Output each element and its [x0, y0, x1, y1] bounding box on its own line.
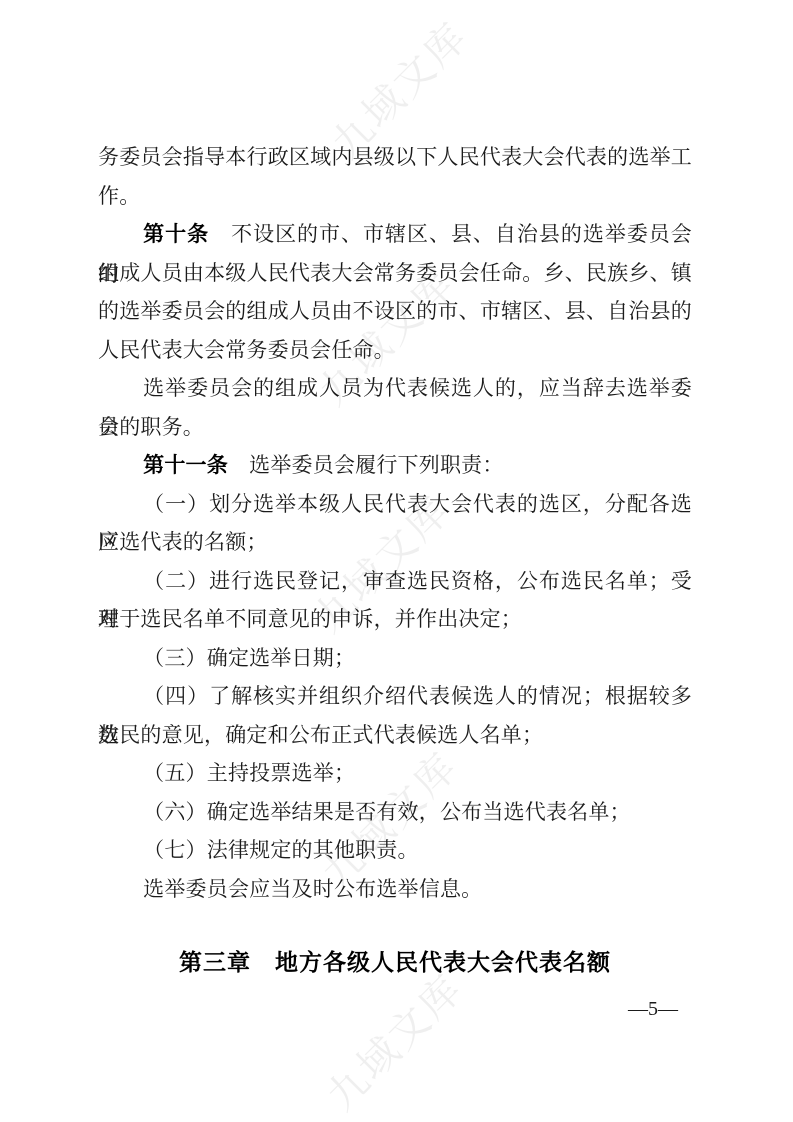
line-text: 选民的意见，确定和公布正式代表候选人名单； [98, 723, 543, 747]
text-line: 人民代表大会常务委员会任命。 [98, 331, 692, 370]
text-line: 选举委员会应当及时公布选举信息。 [98, 870, 692, 909]
line-text: 应选代表的名额； [98, 530, 268, 554]
article-number: 第十一条 [143, 454, 228, 477]
text-line: （七）法律规定的其他职责。 [98, 831, 692, 870]
text-line: 对于选民名单不同意见的申诉，并作出决定； [98, 600, 692, 639]
text-line: （四）了解核实并组织介绍代表候选人的情况；根据较多数 [98, 677, 692, 716]
text-line: （五）主持投票选举； [98, 754, 692, 793]
text-line: 选举委员会的组成人员为代表候选人的，应当辞去选举委员 [98, 369, 692, 408]
text-line: （三）确定选举日期； [98, 639, 692, 678]
text-line: 第十条 不设区的市、市辖区、县、自治县的选举委员会的 [98, 215, 692, 254]
line-text: （五）主持投票选举； [143, 761, 355, 785]
line-text: 会的职务。 [98, 415, 204, 439]
line-text: 作。 [98, 184, 140, 208]
line-text: 组成人员由本级人民代表大会常务委员会任命。乡、民族乡、镇 [98, 261, 692, 285]
line-text: （六）确定选举结果是否有效，公布当选代表名单； [143, 800, 631, 824]
line-text: 选举委员会履行下列职责： [228, 453, 504, 477]
line-text: 人民代表大会常务委员会任命。 [98, 338, 395, 362]
text-line: 应选代表的名额； [98, 523, 692, 562]
line-text: 对于选民名单不同意见的申诉，并作出决定； [98, 607, 522, 631]
article-number: 第十条 [143, 223, 209, 246]
text-line: （一）划分选举本级人民代表大会代表的选区，分配各选区 [98, 485, 692, 524]
text-line: （二）进行选民登记，审查选民资格，公布选民名单；受理 [98, 562, 692, 601]
text-line: 作。 [98, 177, 692, 216]
text-line: 选民的意见，确定和公布正式代表候选人名单； [98, 716, 692, 755]
line-text: （七）法律规定的其他职责。 [143, 838, 419, 862]
text-line: 务委员会指导本行政区域内县级以下人民代表大会代表的选举工 [98, 138, 692, 177]
text-line: （六）确定选举结果是否有效，公布当选代表名单； [98, 793, 692, 832]
paragraph-lines: 务委员会指导本行政区域内县级以下人民代表大会代表的选举工作。第十条 不设区的市、… [98, 138, 692, 908]
text-line: 组成人员由本级人民代表大会常务委员会任命。乡、民族乡、镇 [98, 254, 692, 293]
line-text: （三）确定选举日期； [143, 646, 355, 670]
document-page: { "doc": { "watermark_text": "九域文库", "pa… [0, 0, 793, 1122]
line-text: 的选举委员会的组成人员由不设区的市、市辖区、县、自治县的 [98, 299, 692, 323]
text-line: 的选举委员会的组成人员由不设区的市、市辖区、县、自治县的 [98, 292, 692, 331]
line-text: 务委员会指导本行政区域内县级以下人民代表大会代表的选举工 [98, 145, 692, 169]
line-text: 选举委员会应当及时公布选举信息。 [143, 877, 482, 901]
chapter-heading: 第三章 地方各级人民代表大会代表名额 [98, 943, 692, 982]
text-line: 会的职务。 [98, 408, 692, 447]
text-line: 第十一条 选举委员会履行下列职责： [98, 446, 692, 485]
page-number: —5— [98, 995, 692, 1023]
document-body: 务委员会指导本行政区域内县级以下人民代表大会代表的选举工作。第十条 不设区的市、… [98, 138, 692, 1023]
